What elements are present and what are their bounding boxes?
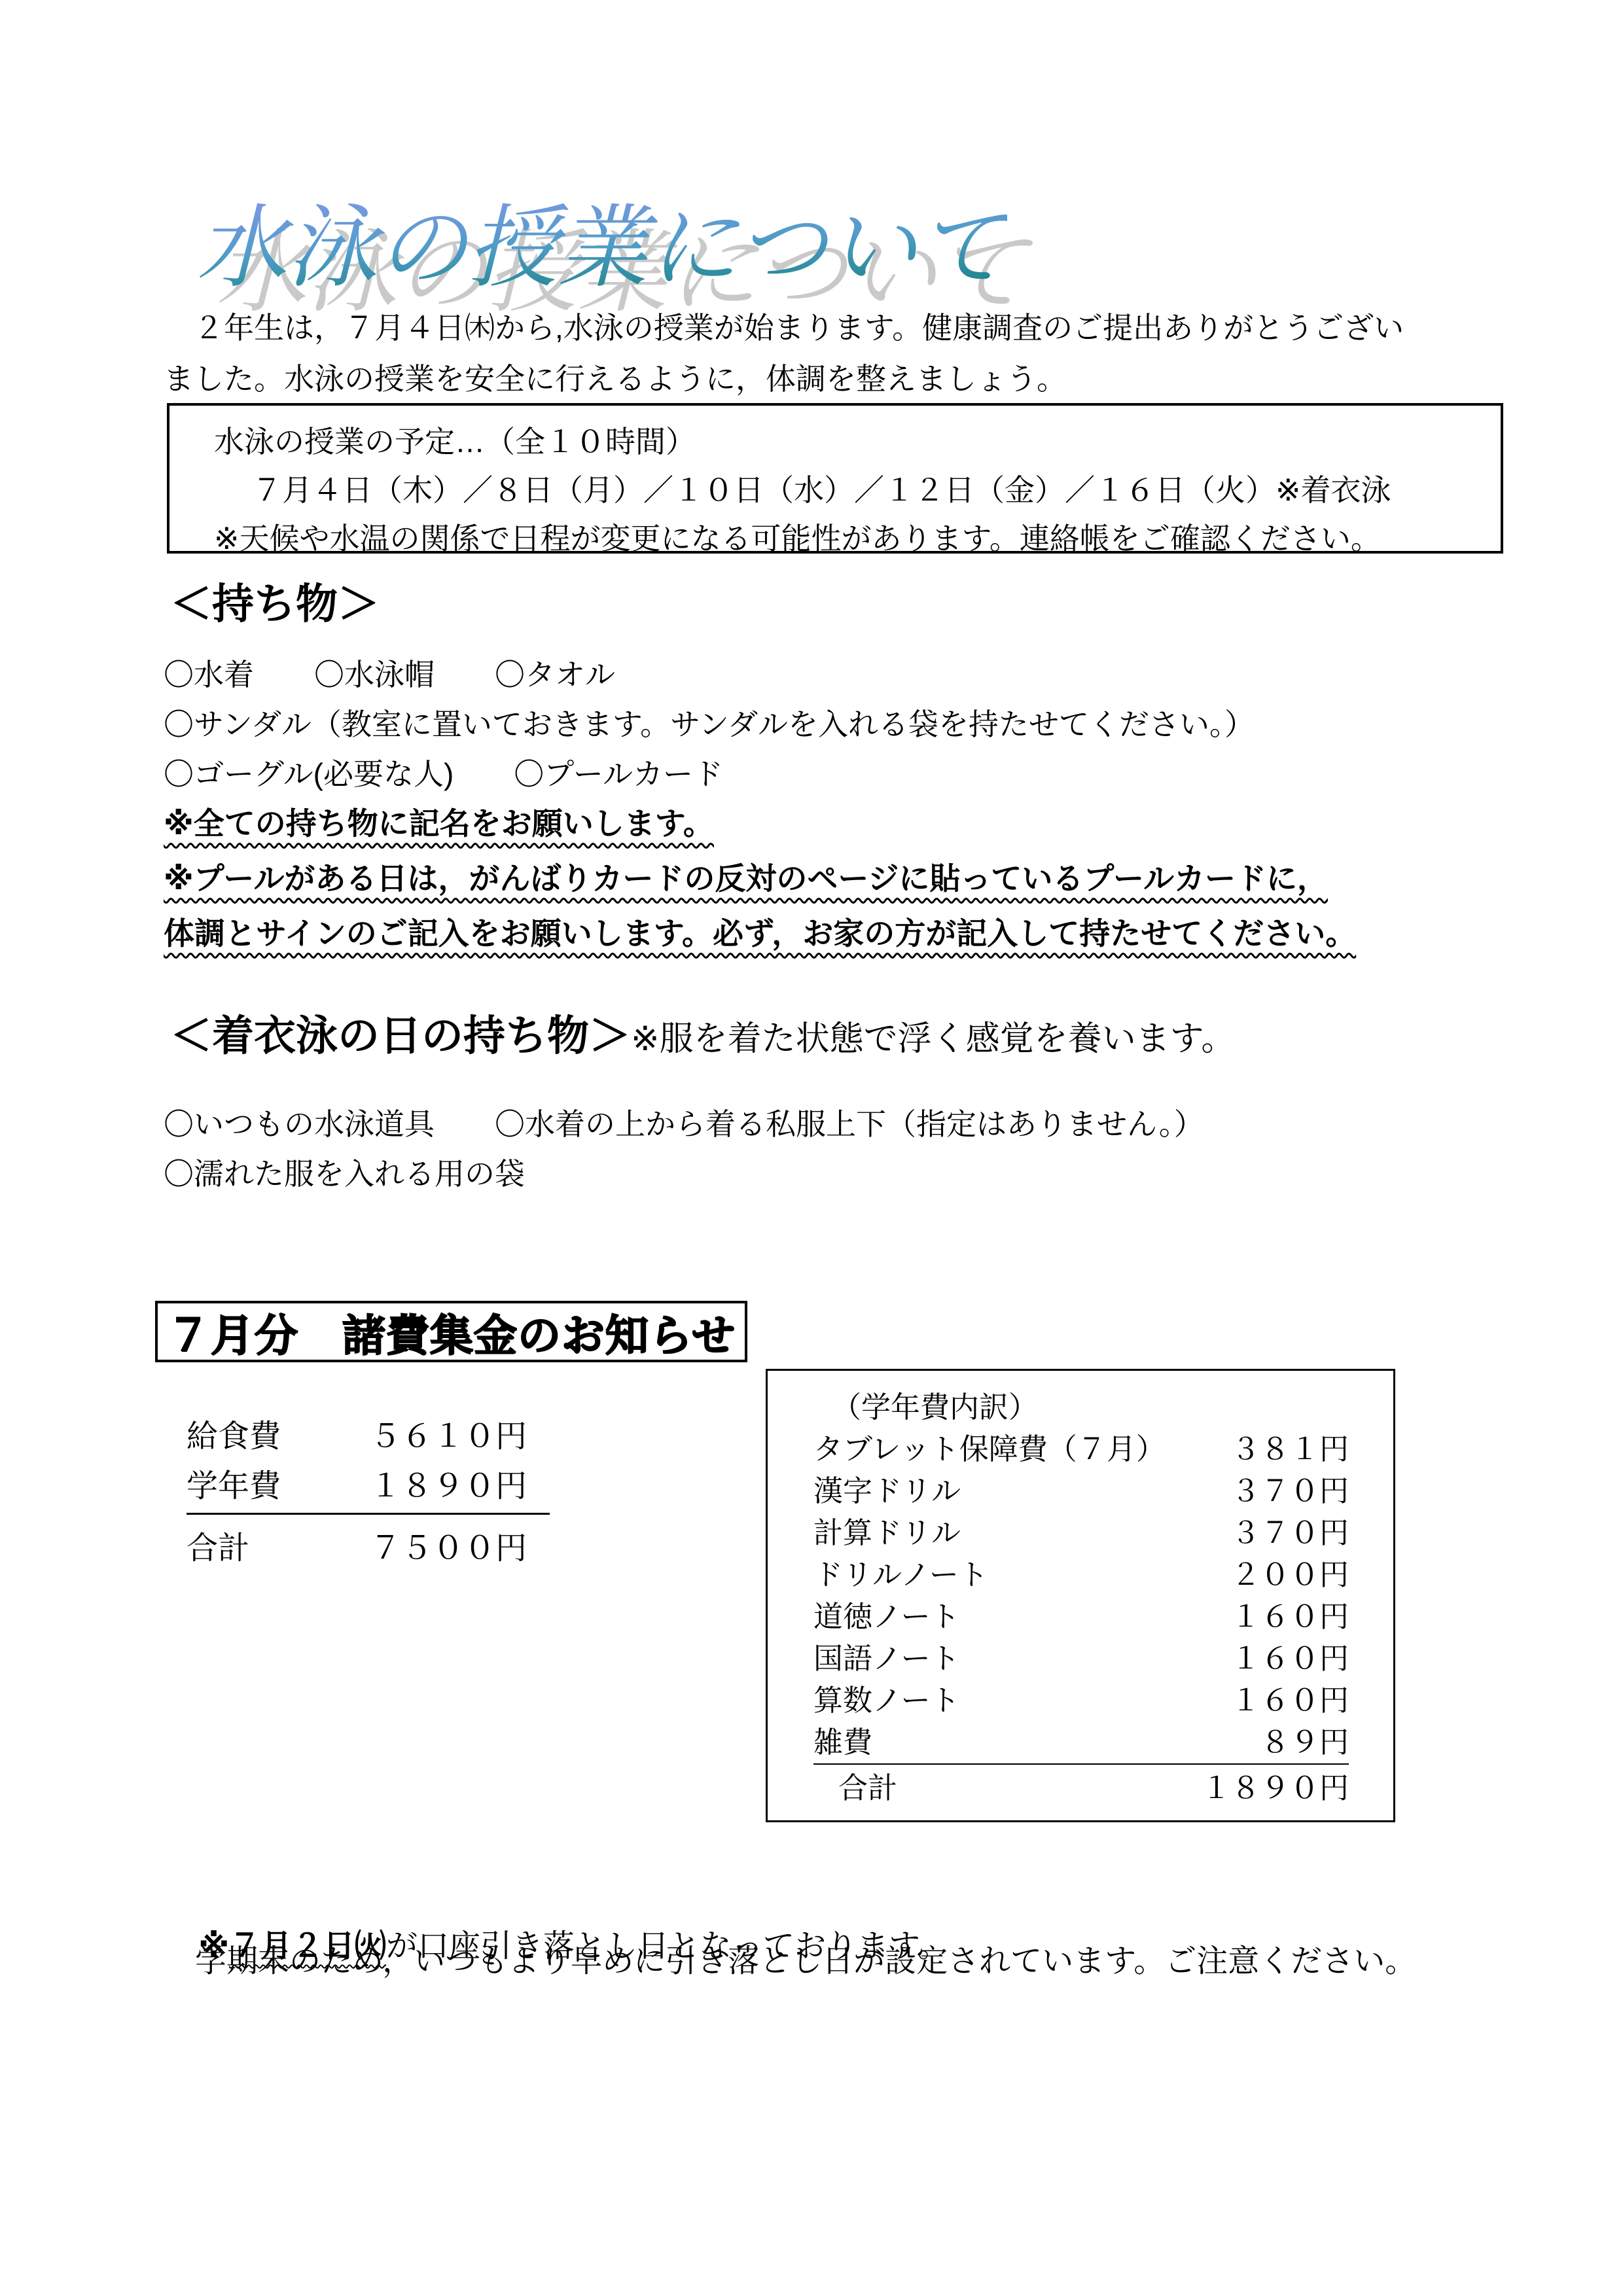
page-title-text: 水泳の授業について	[196, 175, 1007, 305]
intro-line-2: ました。水泳の授業を安全に行えるように，体調を整えましょう。	[164, 353, 1531, 404]
clothed-swim-item-1: 〇いつもの水泳道具 〇水着の上から着る私服上下（指定はありません。）	[164, 1101, 1204, 1144]
table-row: 算数ノート １６０円	[813, 1680, 1349, 1722]
item-value: ３７０円	[1231, 1512, 1349, 1554]
swim-schedule-box: 水泳の授業の予定…（全１０時間） ７月４日（木）／８日（月）／１０日（水）／１２…	[167, 403, 1503, 554]
intro-paragraph: ２年生は，７月４日㈭から,水泳の授業が始まります。健康調査のご提出ありがとうござ…	[164, 302, 1531, 404]
item-value: １６０円	[1231, 1638, 1349, 1680]
item-label: 漢字ドリル	[813, 1470, 961, 1512]
total-label: 合計	[813, 1767, 897, 1809]
table-row: タブレット保障費（７月） ３８１円	[813, 1428, 1349, 1470]
intro-line-1: ２年生は，７月４日㈭から,水泳の授業が始まります。健康調査のご提出ありがとうござ…	[164, 302, 1531, 353]
clothed-swim-heading-note: ※服を着た状態で浮く感覚を養います。	[631, 1020, 1235, 1058]
fee-label: 学年費	[187, 1468, 281, 1505]
table-row: 国語ノート １６０円	[813, 1638, 1349, 1680]
table-row: 道徳ノート １６０円	[813, 1596, 1349, 1638]
table-row: 学年費 １８９０円	[187, 1468, 550, 1515]
item-value: ２００円	[1231, 1554, 1349, 1596]
schedule-heading: 水泳の授業の予定…（全１０時間）	[214, 417, 1488, 466]
item-value: ８９円	[1260, 1722, 1349, 1763]
clothed-swim-heading-row: ＜着衣泳の日の持ち物＞※服を着た状態で浮く感覚を養います。	[170, 1002, 1235, 1063]
fee-banner: ７月分 諸費集金のお知らせ	[155, 1301, 747, 1362]
clothed-swim-heading: ＜着衣泳の日の持ち物＞	[170, 1012, 631, 1059]
breakdown-title: （学年費内訳）	[813, 1386, 1349, 1428]
table-row-total: 合計 １８９０円	[813, 1767, 1349, 1809]
table-row: 漢字ドリル ３７０円	[813, 1470, 1349, 1512]
table-row: 雑費 ８９円	[813, 1722, 1349, 1765]
belongings-item-1: 〇水着 〇水泳帽 〇タオル	[164, 651, 615, 694]
total-value: １８９０円	[1202, 1767, 1349, 1809]
item-label: 国語ノート	[813, 1638, 960, 1680]
item-label: 算数ノート	[813, 1680, 960, 1722]
table-row: 計算ドリル ３７０円	[813, 1512, 1349, 1554]
item-label: タブレット保障費（７月）	[813, 1428, 1166, 1470]
item-label: 道徳ノート	[813, 1596, 960, 1638]
clothed-swim-item-2: 〇濡れた服を入れる用の袋	[164, 1150, 525, 1193]
schedule-dates: ７月４日（木）／８日（月）／１０日（水）／１２日（金）／１６日（火）※着衣泳	[214, 466, 1488, 514]
item-value: ３７０円	[1231, 1470, 1349, 1512]
table-row-total: 合計 ７５００円	[187, 1530, 550, 1567]
item-value: ３８１円	[1231, 1428, 1349, 1470]
belongings-note-2: ※プールがある日は，がんばりカードの反対のページに貼っているプールカードに，	[164, 855, 1328, 898]
fee-value: １８９０円	[363, 1468, 550, 1505]
table-row: 給食費 ５６１０円	[187, 1419, 550, 1455]
gakunenhi-breakdown-box: （学年費内訳） タブレット保障費（７月） ３８１円 漢字ドリル ３７０円 計算ド…	[766, 1369, 1395, 1822]
item-label: 雑費	[813, 1722, 872, 1763]
item-value: １６０円	[1231, 1596, 1349, 1638]
fee-label: 合計	[187, 1530, 249, 1567]
fee-value: ５６１０円	[363, 1419, 550, 1455]
item-value: １６０円	[1231, 1680, 1349, 1722]
notice-page: 水泳の授業について 水泳の授業について ２年生は，７月４日㈭から,水泳の授業が始…	[0, 0, 1623, 2296]
schedule-caution: ※天候や水温の関係で日程が変更になる可能性があります。連絡帳をご確認ください。	[214, 514, 1488, 563]
fee-label: 給食費	[187, 1419, 281, 1455]
item-label: 計算ドリル	[813, 1512, 961, 1554]
fee-value: ７５００円	[363, 1530, 550, 1567]
belongings-note-1: ※全ての持ち物に記名をお願いします。	[164, 800, 714, 843]
debit-caution-note: 学期末のため，いつもより早めに引き落とし日が設定されています。ご注意ください。	[164, 1935, 1416, 1981]
belongings-note-3: 体調とサインのご記入をお願いします。必ず，お家の方が記入して持たせてください。	[164, 910, 1356, 953]
table-row: ドリルノート ２００円	[813, 1554, 1349, 1596]
belongings-heading: ＜持ち物＞	[170, 571, 380, 631]
fee-summary-table: 給食費 ５６１０円 学年費 １８９０円 合計 ７５００円	[187, 1419, 550, 1580]
belongings-item-3: 〇ゴーグル(必要な人) 〇プールカード	[164, 751, 723, 794]
item-label: ドリルノート	[813, 1554, 988, 1596]
belongings-item-2: 〇サンダル（教室に置いておきます。サンダルを入れる袋を持たせてください。）	[164, 701, 1255, 744]
